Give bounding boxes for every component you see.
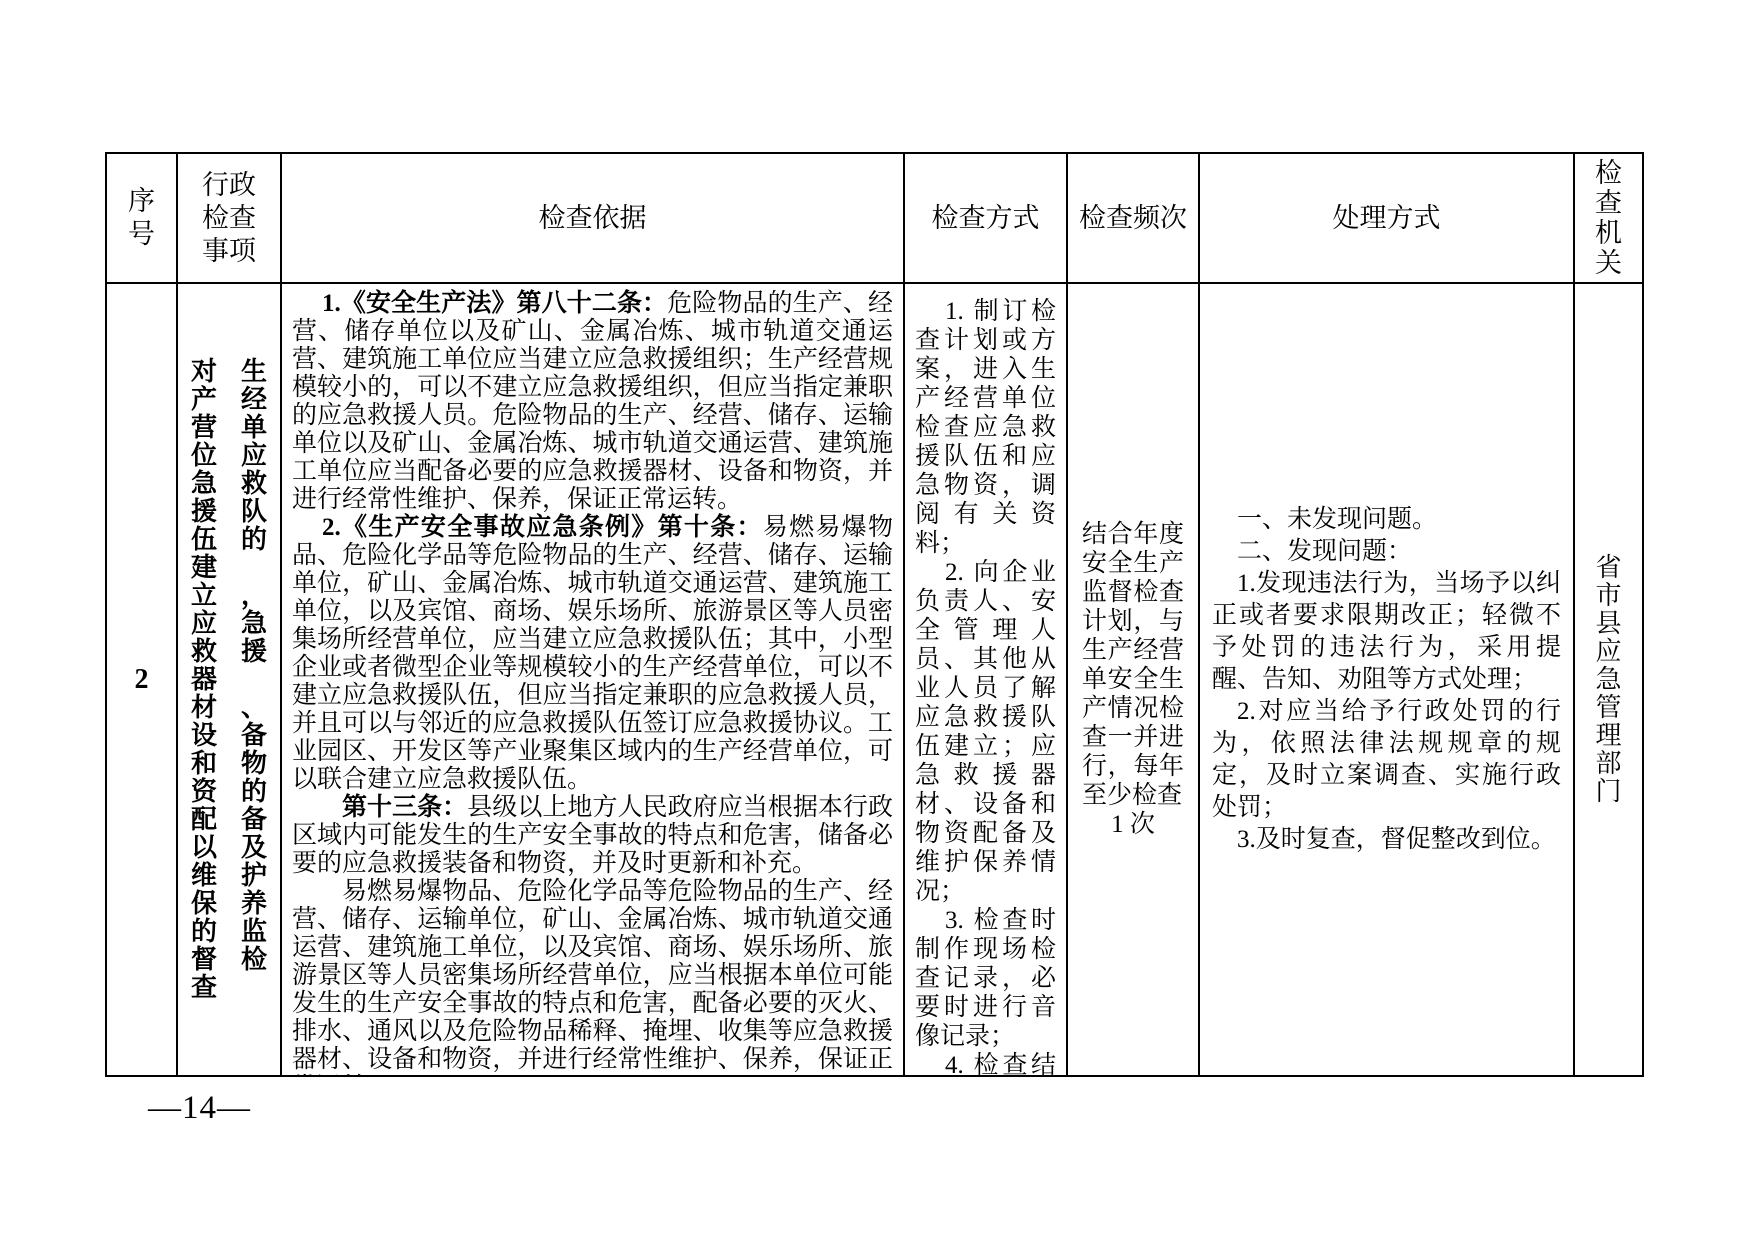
- inspection-table: 序号 行政检查事项 检查依据 检查方式 检查频次 处理方式 检查机关 2 对生产…: [105, 152, 1644, 1077]
- document-page: 序号 行政检查事项 检查依据 检查方式 检查频次 处理方式 检查机关 2 对生产…: [0, 0, 1753, 1240]
- basis-paragraph-3: 第十三条：县级以上地方人民政府应当根据本行政区域内可能发生的生产安全事故的特点和…: [292, 794, 893, 878]
- handling-item-5: 3.及时复查，督促整改到位。: [1212, 824, 1561, 856]
- inspection-authority-text: 省市县应急管理部门: [1592, 554, 1625, 806]
- method-step-4: 4. 检查结束后，将检查结果及时告知企业。: [915, 1051, 1056, 1075]
- handling-item-1: 一、未发现问题。: [1212, 504, 1561, 536]
- handling-item-4: 2.对应当给予行政处罚的行为，依照法律法规规章的规定，及时立案调查、实施行政处罚…: [1212, 696, 1561, 824]
- header-inspection-item: 行政检查事项: [178, 154, 282, 284]
- header-inspection-frequency-label: 检查频次: [1079, 202, 1187, 235]
- basis-text-1: 危险物品的生产、经营、储存单位以及矿山、金属冶炼、城市轨道交通运营、建筑施工单位…: [292, 290, 893, 513]
- basis-text-2: 易燃易爆物品、危险化学品等危险物品的生产、经营、储存、运输单位，矿山、金属冶炼、…: [292, 514, 893, 793]
- header-inspection-method-label: 检查方式: [932, 202, 1040, 235]
- cell-serial-number: 2: [107, 284, 178, 1075]
- header-inspection-method: 检查方式: [905, 154, 1068, 284]
- page-number: —14—: [148, 1090, 251, 1127]
- serial-number-value: 2: [135, 664, 149, 696]
- handling-item-2: 二、发现问题：: [1212, 536, 1561, 568]
- basis-lead-3: 第十三条：: [342, 794, 467, 821]
- header-inspection-basis-label: 检查依据: [539, 202, 647, 235]
- header-serial-number: 序号: [107, 154, 178, 284]
- method-step-3: 3. 检查时制作现场检查记录，必要时进行音像记录；: [915, 906, 1056, 1051]
- cell-inspection-frequency: 结合年度安全生产监督检查计划，与生产经营单安全生产情况检查一并进行，每年至少检查…: [1068, 284, 1200, 1075]
- basis-lead-2: 2.《生产安全事故应急条例》第十条：: [322, 514, 763, 541]
- method-step-2: 2. 向企业负责人、安全管理人员、其他从业人员了解应急救援队伍建立；应急救援器材…: [915, 558, 1056, 906]
- cell-inspection-authority: 省市县应急管理部门: [1575, 284, 1642, 1075]
- basis-lead-1: 1.《安全生产法》第八十二条：: [322, 290, 667, 317]
- inspection-item-text: 对生产经营单位应急救援队伍的建立，应急救援器材、设备和物资的配备以及维护保养的监…: [178, 358, 280, 1002]
- header-inspection-basis: 检查依据: [282, 154, 905, 284]
- header-handling-method: 处理方式: [1200, 154, 1575, 284]
- frequency-count: 1 次: [1082, 810, 1184, 839]
- cell-inspection-method: 1. 制订检查计划或方案，进入生产经营单位检查应急救援队伍和应急物资，调阅有关资…: [905, 284, 1068, 1075]
- basis-text-4: 易燃易爆物品、危险化学品等危险物品的生产、经营、储存、运输单位，矿山、金属冶炼、…: [292, 878, 893, 1075]
- header-inspection-authority-label: 检查机关: [1591, 158, 1626, 278]
- handling-item-3: 1.发现违法行为，当场予以纠正或者要求限期改正；轻微不予处罚的违法行为，采用提醒…: [1212, 568, 1561, 696]
- header-serial-number-label: 序号: [122, 185, 161, 251]
- frequency-text: 结合年度安全生产监督检查计划，与生产经营单安全生产情况检查一并进行，每年至少检查: [1082, 520, 1184, 810]
- cell-inspection-item: 对生产经营单位应急救援队伍的建立，应急救援器材、设备和物资的配备以及维护保养的监…: [178, 284, 282, 1075]
- basis-paragraph-2: 2.《生产安全事故应急条例》第十条：易燃易爆物品、危险化学品等危险物品的生产、经…: [292, 514, 893, 794]
- header-inspection-authority: 检查机关: [1575, 154, 1642, 284]
- cell-inspection-basis: 1.《安全生产法》第八十二条：危险物品的生产、经营、储存单位以及矿山、金属冶炼、…: [282, 284, 905, 1075]
- basis-paragraph-4: 易燃易爆物品、危险化学品等危险物品的生产、经营、储存、运输单位，矿山、金属冶炼、…: [292, 878, 893, 1075]
- method-step-1: 1. 制订检查计划或方案，进入生产经营单位检查应急救援队伍和应急物资，调阅有关资…: [915, 297, 1056, 558]
- header-inspection-frequency: 检查频次: [1068, 154, 1200, 284]
- basis-paragraph-1: 1.《安全生产法》第八十二条：危险物品的生产、经营、储存单位以及矿山、金属冶炼、…: [292, 290, 893, 514]
- cell-handling-method: 一、未发现问题。 二、发现问题： 1.发现违法行为，当场予以纠正或者要求限期改正…: [1200, 284, 1575, 1075]
- header-handling-method-label: 处理方式: [1333, 202, 1441, 235]
- header-inspection-item-label: 行政检查事项: [200, 169, 258, 268]
